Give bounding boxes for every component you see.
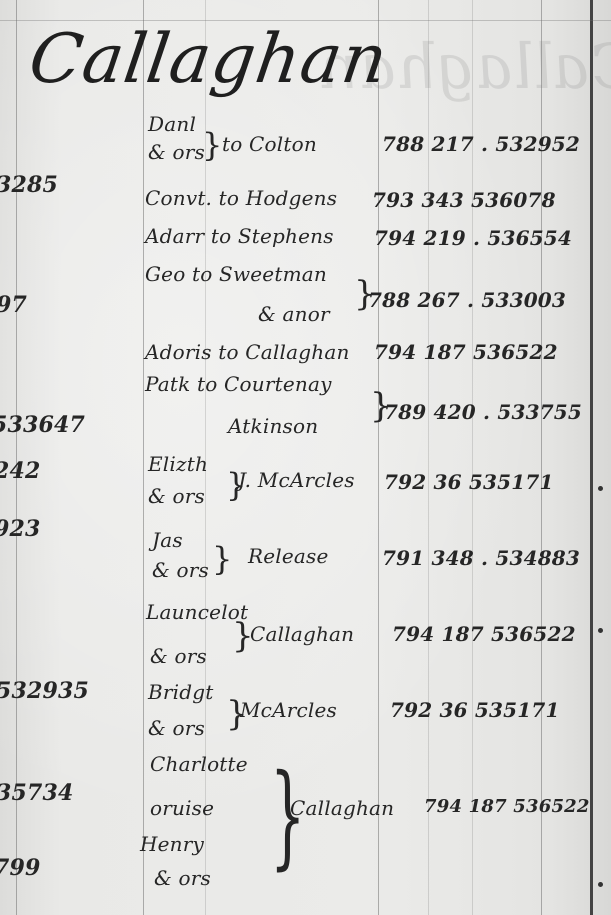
given-name: Danl bbox=[148, 112, 196, 136]
entry-description: J. McArcles bbox=[238, 468, 355, 492]
margin-number: 533647 bbox=[0, 412, 85, 438]
margin-number: 923 bbox=[0, 516, 41, 542]
entry-reference: 794 187 536522 bbox=[374, 340, 558, 364]
entry-reference: 792 36 535171 bbox=[390, 698, 560, 722]
margin-number: 97 bbox=[0, 292, 27, 318]
surname-heading: Callaghan bbox=[24, 20, 392, 99]
entry-description: McArcles bbox=[240, 698, 337, 722]
entry-description: Geo to Sweetman bbox=[145, 262, 327, 286]
entry-description: Convt. to Hodgens bbox=[145, 186, 337, 210]
entry-reference: 793 343 536078 bbox=[372, 188, 556, 212]
margin-number: 3285 bbox=[0, 172, 58, 198]
given-name-suffix: & ors bbox=[154, 866, 211, 890]
brace: } bbox=[212, 540, 232, 578]
entry-description-cont: Atkinson bbox=[228, 414, 318, 438]
entry-reference: 789 420 . 533755 bbox=[384, 400, 582, 424]
entry-description: Patk to Courtenay bbox=[145, 372, 332, 396]
given-name-suffix: & ors bbox=[148, 484, 205, 508]
margin-number: 242 bbox=[0, 458, 41, 484]
ink-dot bbox=[598, 882, 603, 887]
entry-description: Release bbox=[248, 544, 329, 568]
column-rule bbox=[143, 0, 144, 915]
entry-reference: 794 219 . 536554 bbox=[374, 226, 572, 250]
entry-description: Adoris to Callaghan bbox=[145, 340, 350, 364]
entry-description: to Colton bbox=[222, 132, 317, 156]
given-name: Elizth bbox=[148, 452, 208, 476]
given-name-suffix: & ors bbox=[148, 140, 205, 164]
entry-description: Adarr to Stephens bbox=[145, 224, 334, 248]
page-edge-rule bbox=[590, 0, 593, 915]
entry-reference: 792 36 535171 bbox=[384, 470, 554, 494]
entry-description-cont: & anor bbox=[258, 302, 330, 326]
entry-reference: 794 187 536522 bbox=[392, 622, 576, 646]
given-name-suffix: & ors bbox=[148, 716, 205, 740]
ink-dot bbox=[598, 486, 603, 491]
given-name: Jas bbox=[152, 528, 183, 552]
entry-reference: 794 187 536522 bbox=[424, 796, 590, 817]
margin-number: 35734 bbox=[0, 780, 74, 806]
brace: } bbox=[202, 126, 222, 164]
given-name: Charlotte bbox=[150, 752, 248, 776]
given-name-suffix: & ors bbox=[150, 644, 207, 668]
entry-reference: 791 348 . 534883 bbox=[382, 546, 580, 570]
ledger-page: Callaghan Callaghan 3285 97 533647 242 9… bbox=[0, 0, 611, 915]
given-name: Bridgt bbox=[148, 680, 214, 704]
margin-number: 799 bbox=[0, 855, 41, 881]
entry-description: Callaghan bbox=[250, 622, 354, 646]
given-name: oruise bbox=[150, 796, 214, 820]
given-name: Henry bbox=[140, 832, 204, 856]
entry-reference: 788 267 . 533003 bbox=[368, 288, 566, 312]
given-name-suffix: & ors bbox=[152, 558, 209, 582]
entry-reference: 788 217 . 532952 bbox=[382, 132, 580, 156]
column-rule bbox=[378, 0, 379, 915]
margin-number: 532935 bbox=[0, 678, 89, 704]
entry-description: Callaghan bbox=[290, 796, 394, 820]
ink-dot bbox=[598, 628, 603, 633]
